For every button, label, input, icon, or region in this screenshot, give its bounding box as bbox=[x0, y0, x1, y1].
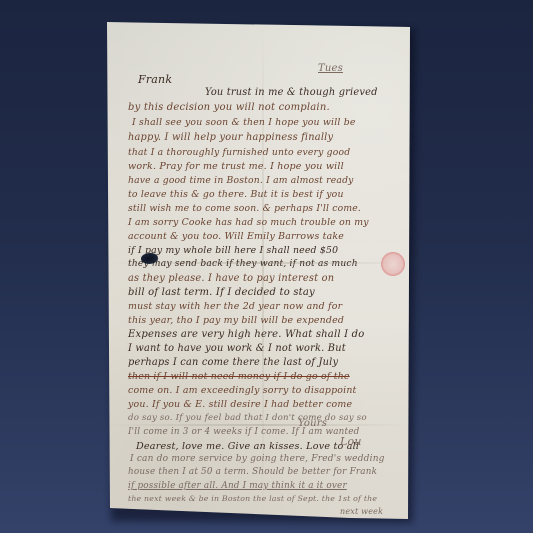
body-line: as they please. I have to pay interest o… bbox=[128, 273, 334, 284]
postscript-line: house then I at 50 a term. Should be bet… bbox=[128, 467, 377, 477]
body-line: come on. I am exceedingly sorry to disap… bbox=[128, 385, 357, 396]
paper-fold-horizontal-lower bbox=[108, 424, 410, 426]
body-line: You trust in me & though grieved bbox=[205, 87, 378, 98]
body-line: this year, tho I pay my bill will be exp… bbox=[128, 315, 344, 326]
postscript-line: next week bbox=[340, 507, 383, 516]
body-line: if I pay my whole bill here I shall need… bbox=[128, 245, 338, 256]
body-line: that I a thoroughly furnished unto every… bbox=[128, 147, 350, 158]
body-line: I want to have you work & I not work. Bu… bbox=[128, 343, 346, 354]
body-line: must stay with her the 2d year now and f… bbox=[128, 301, 342, 312]
body-line: have a good time in Boston. I am almost … bbox=[128, 175, 354, 186]
postscript-line: I can do more service by going there, Fr… bbox=[130, 454, 385, 464]
body-line: Expenses are very high here. What shall … bbox=[128, 329, 365, 340]
body-line: they may send back if they want, if not … bbox=[128, 259, 358, 269]
letter-paper: Tues Frank You trust in me & though grie… bbox=[0, 0, 533, 533]
struck-body-line: then if I will not need money if I do go… bbox=[128, 371, 350, 382]
body-line: Dearest, love me. Give an kisses. Love t… bbox=[136, 441, 359, 452]
postscript-line: if possible after all. And I may think i… bbox=[128, 481, 347, 491]
body-line: you. If you & E. still desire I had bett… bbox=[128, 399, 352, 410]
body-line: I am sorry Cooke has had so much trouble… bbox=[128, 217, 369, 228]
closing: Yours bbox=[298, 418, 327, 429]
body-line: perhaps I can come there the last of Jul… bbox=[128, 357, 338, 368]
body-line: work. Pray for me trust me. I hope you w… bbox=[128, 161, 344, 172]
dateline: Tues bbox=[318, 63, 343, 74]
body-line: still wish me to come soon. & perhaps I'… bbox=[128, 203, 361, 214]
body-line: happy. I will help your happiness finall… bbox=[128, 132, 333, 143]
postscript-line: the next week & be in Boston the last of… bbox=[128, 494, 377, 503]
body-line: account & you too. Will Emily Barrows ta… bbox=[128, 231, 344, 242]
salutation: Frank bbox=[138, 73, 172, 86]
body-line: to leave this & go there. But it is best… bbox=[128, 189, 344, 200]
red-wax-seal-mark bbox=[381, 252, 405, 276]
body-line: by this decision you will not complain. bbox=[128, 102, 330, 113]
signature: Lou bbox=[340, 435, 362, 448]
body-line: bill of last term. If I decided to stay bbox=[128, 287, 315, 298]
body-line: do say so. If you feel bad that I don't … bbox=[128, 413, 367, 423]
body-line: I shall see you soon & then I hope you w… bbox=[132, 117, 356, 128]
